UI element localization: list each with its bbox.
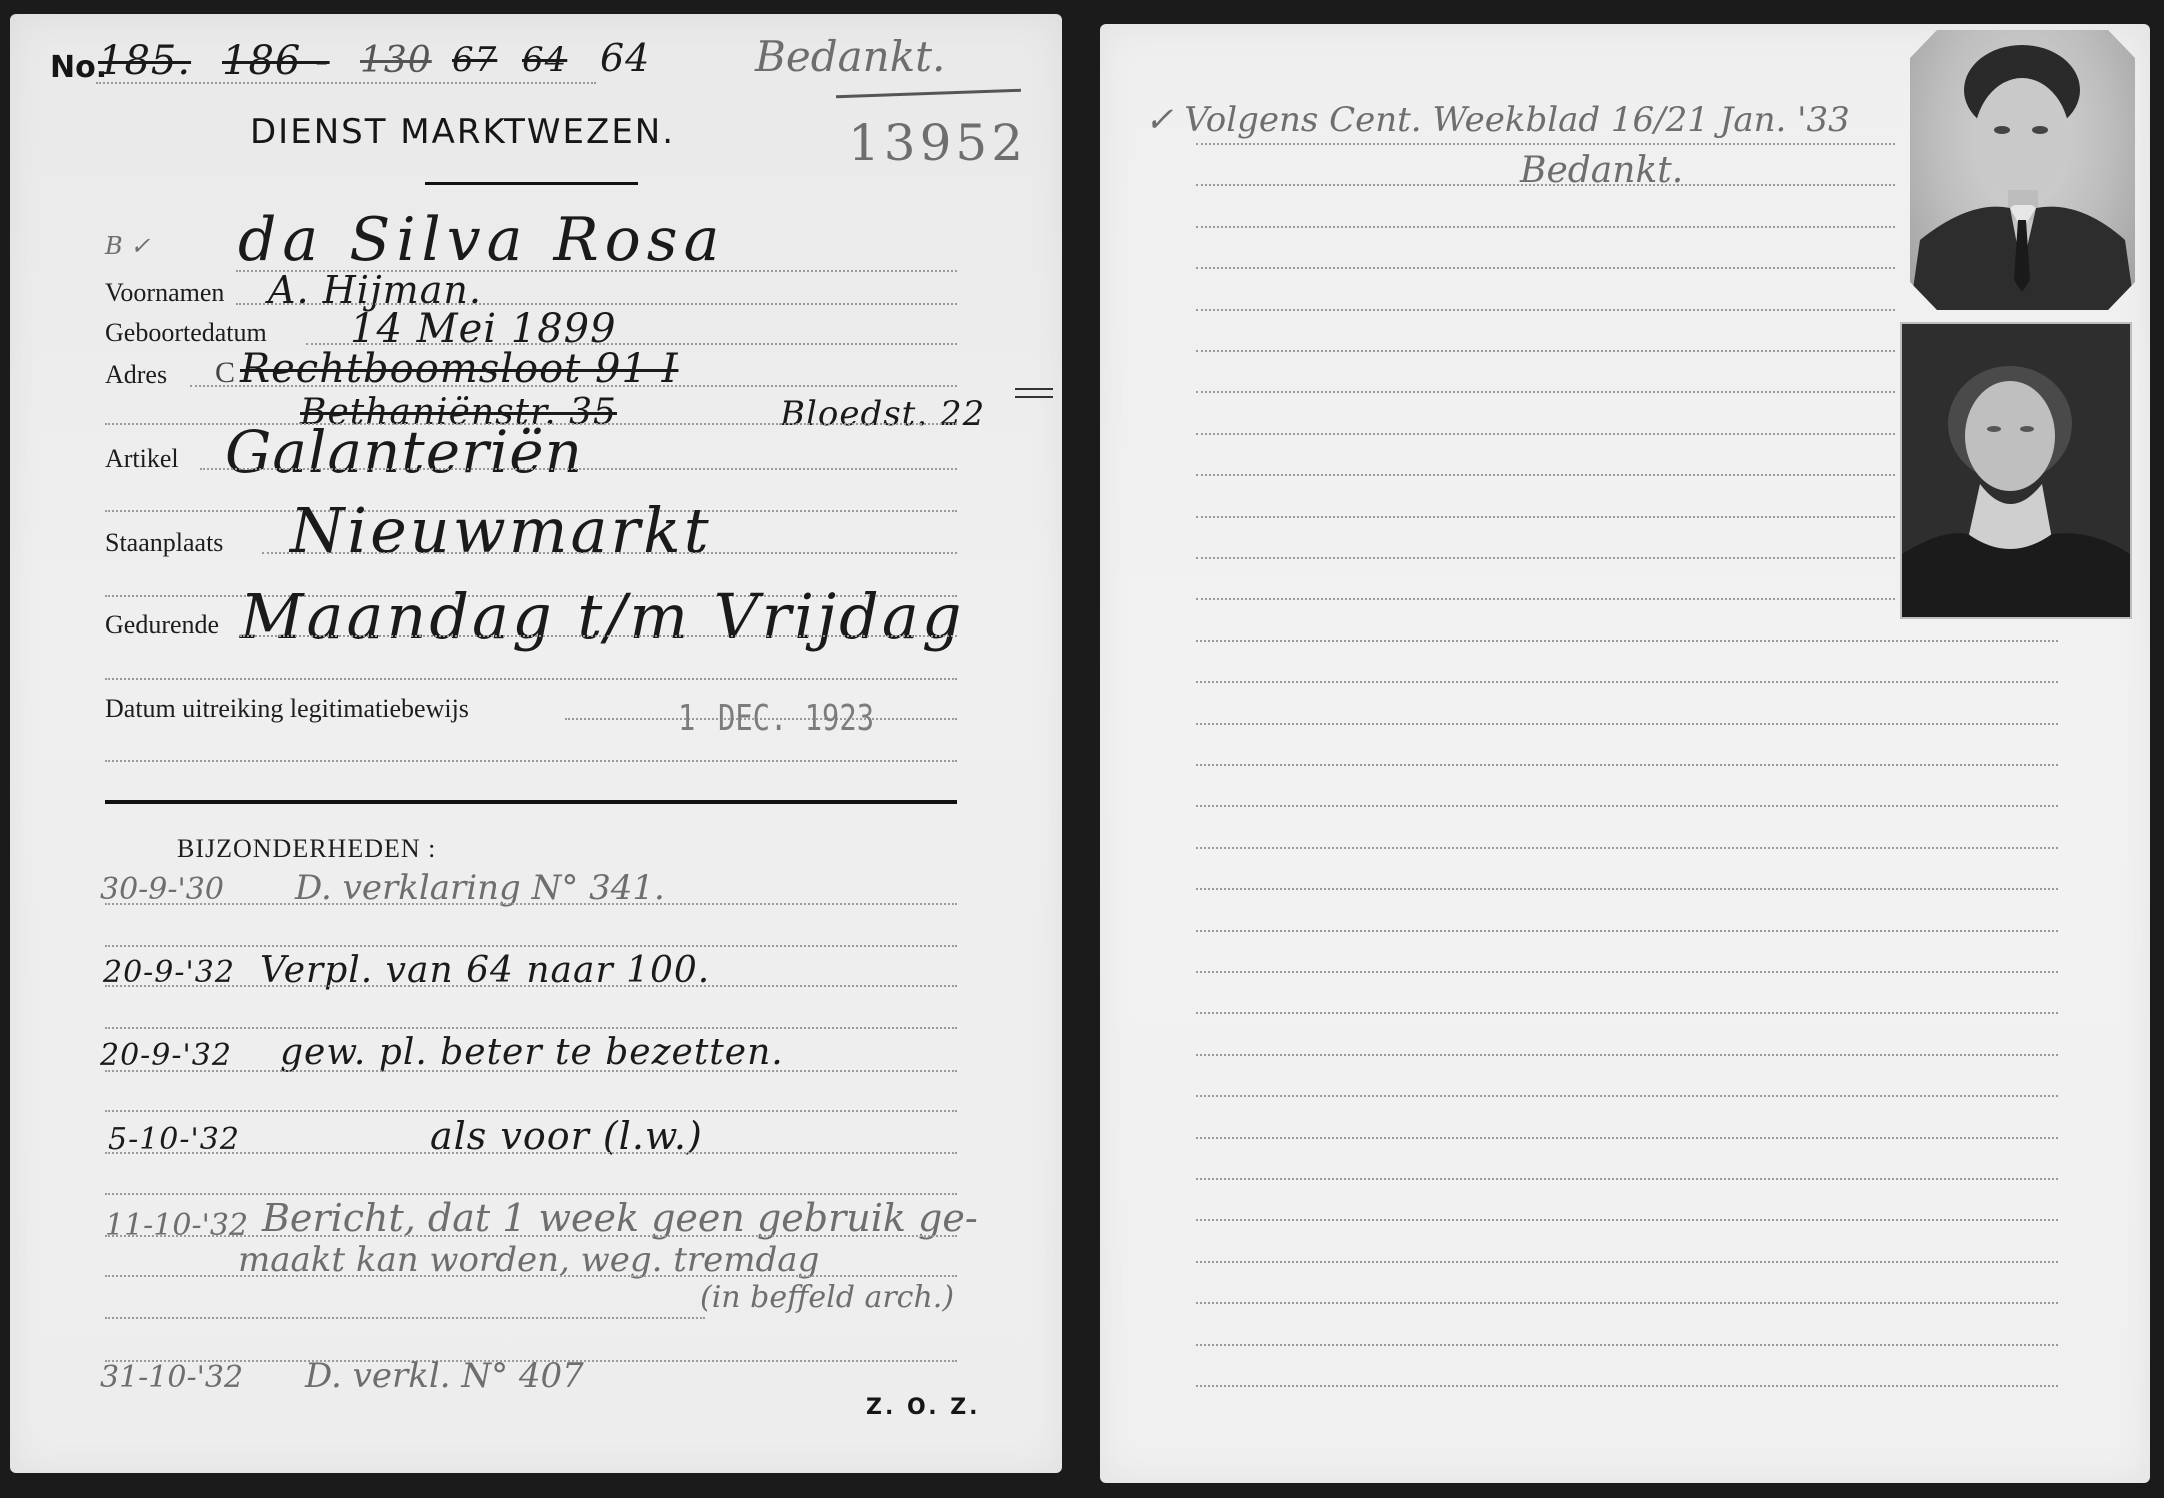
note-text-7: (in beffeld arch.) [700, 1280, 954, 1315]
number-entry-1: 185. [98, 38, 191, 84]
back-ruled-line [1196, 1178, 2058, 1180]
back-note-line1: ✓ Volgens Cent. Weekblad 16/21 Jan. '33 [1145, 100, 1850, 140]
adres-line [190, 385, 957, 387]
note-line-1b [105, 945, 957, 947]
stamp-day: 1 [678, 698, 695, 739]
voornamen-line [236, 303, 957, 305]
label-voornamen: Voornamen [105, 278, 224, 308]
back-ruled-line [1196, 805, 2058, 807]
gedurende-line-2 [105, 678, 957, 680]
back-ruled-line [1196, 598, 1895, 600]
adres-current: Bloedst. 22 [780, 394, 985, 434]
status-note-bedankt: Bedankt. [755, 32, 945, 81]
adres-mark-bottom [1015, 396, 1053, 398]
label-adres: Adres [105, 360, 167, 390]
portrait-woman-icon [1902, 324, 2130, 617]
note-line-7 [105, 1317, 705, 1319]
portrait-man [1910, 30, 2135, 310]
back-ruled-line [1196, 1219, 2058, 1221]
note-date-1: 30-9-'30 [100, 872, 224, 907]
number-entry-3: 130 [360, 40, 432, 81]
datum-line-2 [105, 760, 957, 762]
geboortedatum-line [306, 343, 957, 345]
back-ruled-line [1196, 433, 1895, 435]
back-ruled-line [1196, 557, 1895, 559]
artikel-line [200, 468, 957, 470]
note-date-3: 20-9-'32 [100, 1038, 232, 1073]
label-geboortedatum: Geboortedatum [105, 318, 267, 348]
back-ruled-line [1196, 474, 1895, 476]
gedurende-line [240, 635, 957, 637]
back-ruled-line [1196, 391, 1895, 393]
surname: da Silva Rosa [238, 205, 725, 275]
adres-mark-top [1015, 388, 1053, 390]
back-ruled-line [1196, 143, 1895, 145]
number-entry-5: 64 [522, 40, 567, 80]
back-ruled-line [1196, 309, 1895, 311]
note-line-2 [105, 985, 957, 987]
back-ruled-line [1196, 640, 2058, 642]
note-text-8: D. verkl. N° 407 [305, 1356, 584, 1396]
back-ruled-line [1196, 1344, 2058, 1346]
back-ruled-line [1196, 1012, 2058, 1014]
back-ruled-line [1196, 847, 2058, 849]
value-gedurende: Maandag t/m Vrijdag [240, 580, 965, 653]
file-number: 13952 [848, 114, 1027, 172]
number-current: 64 [600, 36, 650, 80]
portrait-woman [1900, 322, 2132, 619]
back-ruled-line [1196, 1385, 2058, 1387]
note-date-8: 31-10-'32 [100, 1360, 243, 1395]
footer-zoz: Z. O. Z. [866, 1395, 981, 1420]
back-ruled-line [1196, 350, 1895, 352]
back-ruled-line [1196, 888, 2058, 890]
back-ruled-line [1196, 1095, 2058, 1097]
note-text-3: gew. pl. beter te bezetten. [280, 1032, 784, 1073]
staanplaats-line [262, 552, 957, 554]
back-ruled-line [1196, 930, 2058, 932]
page-title: DIENST MARKTWEZEN. [250, 112, 675, 152]
note-line-5 [105, 1235, 957, 1237]
note-line-4b [105, 1193, 957, 1195]
label-staanplaats: Staanplaats [105, 528, 223, 558]
back-ruled-line [1196, 1302, 2058, 1304]
label-gedurende: Gedurende [105, 610, 219, 640]
note-text-6: maakt kan worden, weg. tremdag [238, 1240, 819, 1280]
note-line-6 [105, 1275, 957, 1277]
back-ruled-line [1196, 764, 2058, 766]
back-ruled-line [1196, 516, 1895, 518]
number-entry-4: 67 [452, 40, 497, 80]
back-ruled-line [1196, 226, 1895, 228]
stamp-date: DEC. 1923 [718, 698, 874, 739]
label-artikel: Artikel [105, 444, 179, 474]
back-ruled-line [1196, 1261, 2058, 1263]
back-ruled-line [1196, 267, 1895, 269]
value-artikel: Galanteriën [225, 418, 583, 486]
note-text-5: Bericht, dat 1 week geen gebruik ge- [262, 1196, 978, 1240]
label-datum-uitreiking: Datum uitreiking legitimatiebewijs [105, 694, 469, 724]
bijzonderheden-heading: BIJZONDERHEDEN : [177, 834, 436, 864]
back-ruled-line [1196, 723, 2058, 725]
header-rule [425, 182, 638, 185]
note-text-1: D. verklaring N° 341. [295, 868, 665, 908]
note-line-3b [105, 1110, 957, 1112]
note-line-2b [105, 1027, 957, 1029]
note-line-1 [105, 903, 957, 905]
number-entry-2: 186 - [222, 38, 330, 84]
note-date-5: 11-10-'32 [105, 1208, 248, 1243]
value-staanplaats: Nieuwmarkt [290, 494, 712, 567]
surname-prefix-mark: B ✓ [105, 232, 150, 260]
back-ruled-line [1196, 1054, 2058, 1056]
note-line-4 [105, 1152, 957, 1154]
back-ruled-line [1196, 971, 2058, 973]
portrait-man-icon [1910, 30, 2135, 310]
back-ruled-line [1196, 1137, 2058, 1139]
back-ruled-line [1196, 681, 2058, 683]
section-divider [105, 800, 957, 804]
note-line-3 [105, 1070, 957, 1072]
back-ruled-line [1196, 184, 1895, 186]
